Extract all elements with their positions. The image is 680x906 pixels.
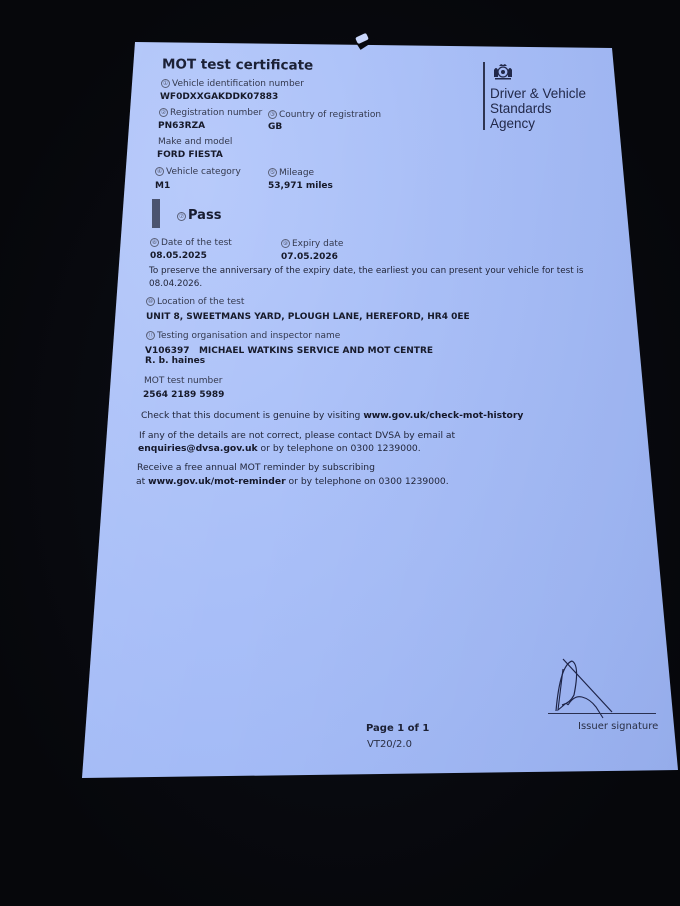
form-code: VT20/2.0 xyxy=(367,739,412,750)
page-number: Page 1 of 1 xyxy=(366,723,429,734)
field-marker-icon: ⑨ xyxy=(281,239,290,248)
result-value: Pass xyxy=(188,208,221,223)
mot-reminder-link[interactable]: www.gov.uk/mot-reminder xyxy=(148,476,285,487)
field-marker-icon: ⑤ xyxy=(268,168,277,177)
field-marker-icon: ⑪ xyxy=(146,331,155,340)
signature-label: Issuer signature xyxy=(578,721,658,732)
test-number-value: 2564 2189 5989 xyxy=(143,390,224,400)
issuer-name-line: Agency xyxy=(490,116,586,131)
registration-value: PN63RZA xyxy=(158,121,205,131)
issuer-name-line: Driver & Vehicle xyxy=(490,86,586,101)
genuine-check-notice: Check that this document is genuine by v… xyxy=(141,410,523,421)
category-label: ④Vehicle category xyxy=(155,167,241,177)
country-label: ③Country of registration xyxy=(268,110,381,120)
earliest-test-note: To preserve the anniversary of the expir… xyxy=(149,266,583,276)
inspector-name: R. b. haines xyxy=(145,356,205,366)
dvsa-email-link[interactable]: enquiries@dvsa.gov.uk xyxy=(138,443,258,454)
signature-line xyxy=(548,713,656,714)
issuer-name: Driver & Vehicle Standards Agency xyxy=(490,86,586,131)
testing-org-label: ⑪Testing organisation and inspector name xyxy=(146,331,340,341)
royal-crest-icon xyxy=(490,62,516,82)
vin-label: ①Vehicle identification number xyxy=(161,79,304,89)
category-value: M1 xyxy=(155,181,170,191)
field-marker-icon: ① xyxy=(161,79,170,88)
issuer-signature-icon xyxy=(550,655,630,730)
logo-divider xyxy=(483,62,485,130)
mileage-value: 53,971 miles xyxy=(268,181,333,191)
test-date-value: 08.05.2025 xyxy=(150,251,207,261)
registration-label: ②Registration number xyxy=(159,108,262,118)
test-number-label: MOT test number xyxy=(144,376,222,386)
vin-value: WF0DXXGAKDDK07883 xyxy=(160,92,278,102)
make-model-value: FORD FIESTA xyxy=(157,150,223,160)
expiry-date-value: 07.05.2026 xyxy=(281,252,338,262)
testing-org-value: V106397 MICHAEL WATKINS SERVICE AND MOT … xyxy=(145,346,433,356)
location-label: ⑩Location of the test xyxy=(146,297,244,307)
page-title: MOT test certificate xyxy=(162,56,313,73)
field-marker-icon: ② xyxy=(159,108,168,117)
reminder-notice-line1: Receive a free annual MOT reminder by su… xyxy=(137,462,375,473)
field-marker-icon: ⑧ xyxy=(150,238,159,247)
contact-notice-line2: enquiries@dvsa.gov.uk or by telephone on… xyxy=(138,443,421,454)
earliest-test-date: 08.04.2026. xyxy=(149,279,202,289)
field-marker-icon: ④ xyxy=(155,167,164,176)
result-bar xyxy=(152,199,160,228)
check-mot-history-link[interactable]: www.gov.uk/check-mot-history xyxy=(363,410,523,421)
field-marker-icon: ⑦ xyxy=(177,212,186,221)
test-result: ⑦Pass xyxy=(177,204,221,223)
org-id: V106397 xyxy=(145,346,190,356)
test-date-label: ⑧Date of the test xyxy=(150,238,232,248)
issuer-name-line: Standards xyxy=(490,101,586,116)
field-marker-icon: ⑩ xyxy=(146,297,155,306)
contact-notice-line1: If any of the details are not correct, p… xyxy=(139,430,455,441)
location-value: UNIT 8, SWEETMANS YARD, PLOUGH LANE, HER… xyxy=(146,312,470,322)
org-name: MICHAEL WATKINS SERVICE AND MOT CENTRE xyxy=(199,346,433,356)
mileage-label: ⑤Mileage xyxy=(268,168,314,178)
make-model-label: Make and model xyxy=(158,137,232,147)
expiry-date-label: ⑨Expiry date xyxy=(281,239,343,249)
country-value: GB xyxy=(268,122,282,132)
reminder-notice-line2: at www.gov.uk/mot-reminder or by telepho… xyxy=(136,476,449,487)
field-marker-icon: ③ xyxy=(268,110,277,119)
mot-certificate: MOT test certificate Driver & Vehicle St… xyxy=(0,0,680,906)
